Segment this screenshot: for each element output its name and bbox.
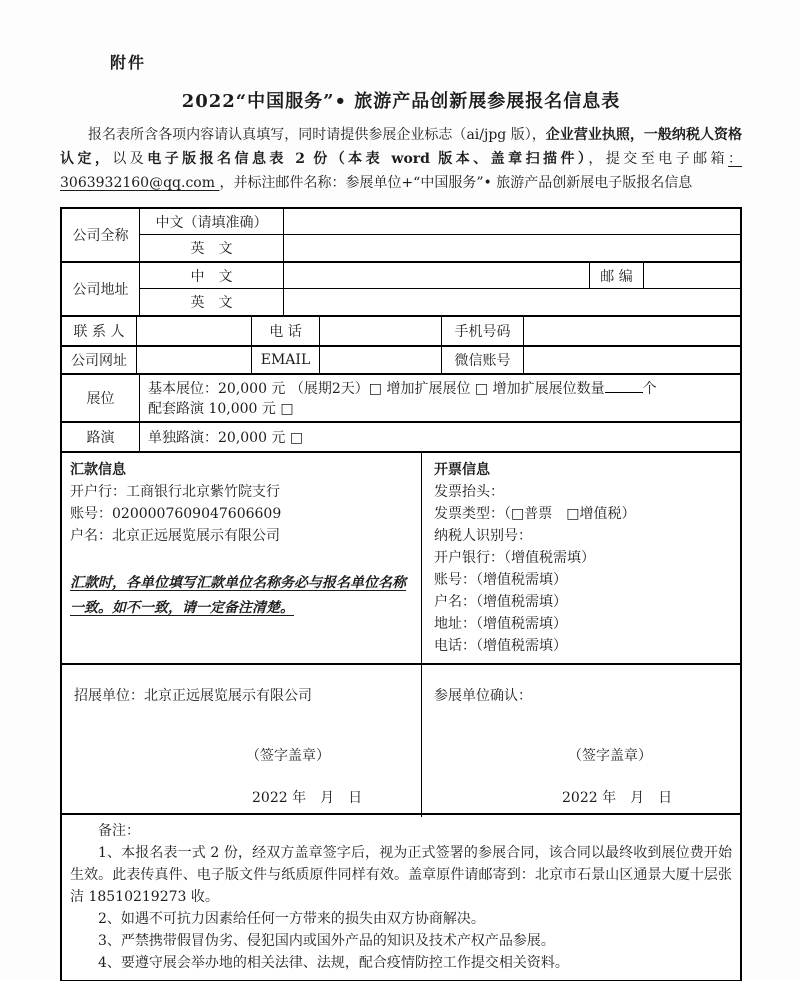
remittance-warning: 汇款时，各单位填写汇款单位名称务必与报名单位名称一致。如不一致，请一定备注清楚。 [70,571,411,621]
invoice-line-holder: 户名：（增值税需填） [434,591,730,613]
intro-seg1: 报名表所含各项内容请认真填写，同时请提供参展企业标志（ai/jpg 版）， [88,127,546,143]
contact-name-input[interactable] [137,317,252,345]
website-label: 公司网址 [62,347,137,373]
organizer-signature-block: 招展单位：北京正远展览展示有限公司 （签字盖章） 2022 年 月 日 [62,665,422,817]
invoice-title: 开票信息 [434,459,730,481]
company-name-cn-label: 中文（请填准确） [140,209,284,235]
invoice-line-phone: 电话：（增值税需填） [434,635,730,657]
roadshow-option[interactable]: 单独路演：20,000 元 □ [140,423,740,451]
section-payment-invoice: 汇款信息 开户行：工商银行北京紫竹院支行 账号：0200007609047606… [60,451,742,665]
organizer-line: 招展单位：北京正远展览展示有限公司 [74,685,411,705]
intro-seg3: 以及 [112,151,147,167]
booth-label: 展位 [62,375,140,421]
page-title: 2022“中国服务”• 旅游产品创新展参展报名信息表 [60,87,742,113]
note-item-3: 3、严禁携带假冒伪劣、侵犯国内或国外产品的知识及技术产权产品参展。 [70,930,732,952]
website-input[interactable] [137,347,252,373]
phone-input[interactable] [320,317,442,345]
zip-code-label: 邮 编 [590,263,644,289]
email-input[interactable] [320,347,442,373]
mobile-input[interactable] [524,317,740,345]
wechat-label: 微信账号 [442,347,524,373]
company-name-cn-input[interactable] [284,209,740,235]
document-page: 附件 2022“中国服务”• 旅游产品创新展参展报名信息表 报名表所含各项内容请… [0,0,800,981]
exhibitor-date: 2022 年 月 日 [562,787,730,807]
booth-options[interactable]: 基本展位：20,000 元 （展期2天）□ 增加扩展展位 □ 增加扩展展位数量个… [140,375,740,421]
booth-line1-suffix: 个 [643,381,657,397]
section-booth: 展位 基本展位：20,000 元 （展期2天）□ 增加扩展展位 □ 增加扩展展位… [60,373,742,423]
invoice-line-type[interactable]: 发票类型：（□普票 □增值税） [434,503,730,525]
organizer-seal-label: （签字盖章） [246,745,411,765]
note-item-1: 1、本报名表一式 2 份，经双方盖章签字后，视为正式签署的参展合同，该合同以最终… [70,842,732,908]
invoice-line-header: 发票抬头： [434,481,730,503]
exhibitor-seal-label: （签字盖章） [568,745,730,765]
email-label: EMAIL [252,347,320,373]
phone-label: 电 话 [252,317,320,345]
remittance-bank: 开户行：工商银行北京紫竹院支行 [70,481,411,503]
intro-paragraph: 报名表所含各项内容请认真填写，同时请提供参展企业标志（ai/jpg 版），企业营… [60,123,742,195]
zip-code-input[interactable] [644,263,740,289]
section-website: 公司网址 EMAIL 微信账号 [60,345,742,375]
organizer-date: 2022 年 月 日 [252,787,411,807]
section-contact: 联 系 人 电 话 手机号码 [60,315,742,347]
note-item-2: 2、如遇不可抗力因素给任何一方带来的损失由双方协商解决。 [70,908,732,930]
remittance-title: 汇款信息 [70,459,411,481]
remittance-holder: 户名：北京正远展览展示有限公司 [70,525,411,547]
section-roadshow: 路演 单独路演：20,000 元 □ [60,421,742,453]
section-signatures: 招展单位：北京正远展览展示有限公司 （签字盖章） 2022 年 月 日 参展单位… [60,663,742,815]
invoice-info: 开票信息 发票抬头： 发票类型：（□普票 □增值税） 纳税人识别号： 开户银行：… [422,453,740,663]
company-name-en-input[interactable] [284,235,740,261]
exhibitor-signature-block: 参展单位确认： （签字盖章） 2022 年 月 日 [422,665,740,817]
notes-title: 备注： [70,820,732,842]
registration-table: 公司全称 中文（请填准确） 英 文 公司地址 中 文 邮 编 英 文 联 系 人 [60,207,742,981]
invoice-line-address: 地址：（增值税需填） [434,613,730,635]
company-name-label: 公司全称 [62,209,140,261]
invoice-line-account: 账号：（增值税需填） [434,569,730,591]
invoice-line-bank: 开户银行：（增值税需填） [434,547,730,569]
section-company-address: 公司地址 中 文 邮 编 英 文 [60,261,742,317]
intro-seg6: ，并标注邮件名称：参展单位+“中国服务”• 旅游产品创新展电子版报名信息 [219,175,692,191]
company-address-label: 公司地址 [62,263,140,315]
booth-quantity-blank[interactable] [605,378,643,393]
company-address-en-label: 英 文 [140,289,284,315]
invoice-line-taxid: 纳税人识别号： [434,525,730,547]
company-address-cn-input[interactable] [284,263,590,289]
company-name-en-label: 英 文 [140,235,284,261]
mobile-label: 手机号码 [442,317,524,345]
contact-label: 联 系 人 [62,317,137,345]
booth-line1-text: 基本展位：20,000 元 （展期2天）□ 增加扩展展位 □ 增加扩展展位数量 [148,381,605,397]
remittance-account: 账号：0200007609047606609 [70,503,411,525]
roadshow-label: 路演 [62,423,140,451]
note-item-4: 4、要遵守展会举办地的相关法律、法规，配合疫情防控工作提交相关资料。 [70,952,732,974]
section-company-name: 公司全称 中文（请填准确） 英 文 [60,207,742,263]
intro-seg5: ，提交至电子邮箱 [588,151,728,167]
exhibitor-line: 参展单位确认： [434,685,730,705]
booth-line2-text: 配套路演 10,000 元 □ [148,401,294,417]
remittance-info: 汇款信息 开户行：工商银行北京紫竹院支行 账号：0200007609047606… [62,453,422,663]
notes-content: 备注： 1、本报名表一式 2 份，经双方盖章签字后，视为正式签署的参展合同，该合… [62,815,740,980]
company-address-en-input[interactable] [284,289,740,315]
wechat-input[interactable] [524,347,740,373]
attachment-label: 附件 [110,50,742,73]
section-notes: 备注： 1、本报名表一式 2 份，经双方盖章签字后，视为正式签署的参展合同，该合… [60,813,742,981]
intro-seg4-bold: 电子版报名信息表 2 份（本表 word 版本、盖章扫描件） [147,151,588,167]
company-address-cn-label: 中 文 [140,263,284,289]
